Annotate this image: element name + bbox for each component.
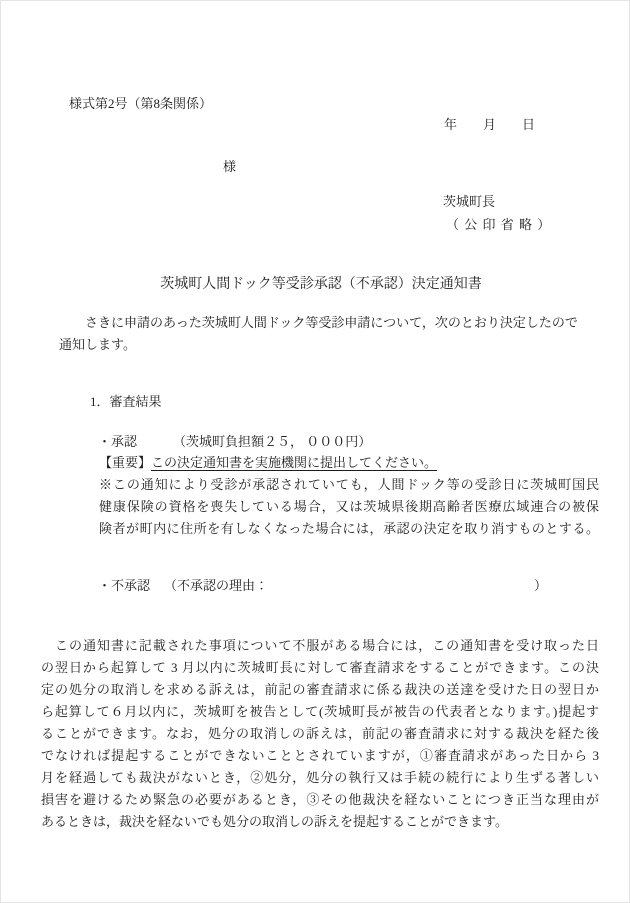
disapproval-reason-label: （不承認の理由： — [164, 578, 268, 593]
appeal-notice-paragraph: この通知書に記載された事項について不服がある場合には，この通知書を受け取った日 … — [41, 635, 599, 833]
intro-paragraph-line-2: 通知します。 — [59, 335, 136, 355]
approval-result-line: ・承認（茨城町負担額２５， ０００円） — [98, 432, 371, 452]
appeal-notice-line: の翌日から起算して 3 月以内に茨城町長に対して審査請求をすることができます。こ… — [41, 657, 599, 679]
appeal-notice-line: ることができます。なお，処分の取消しの訴えは，前記の審査請求に対する裁決を経た後 — [41, 723, 599, 745]
form-number: 様式第2号（第8条関係） — [69, 94, 212, 114]
addressee-honorific: 様 — [223, 157, 236, 177]
appeal-notice-line: あるときは，裁決を経ないでも処分の取消しの訴えを提起することができます。 — [41, 811, 599, 833]
document-page: 様式第2号（第8条関係） 年 月 日 様 茨城町長 （ 公 印 省 略 ） 茨城… — [0, 0, 630, 903]
document-title: 茨城町人間ドック等受診承認（不承認）決定通知書 — [41, 275, 601, 295]
intro-paragraph-line-1: さきに申請のあった茨城町人間ドック等受診申請について，次のとおり決定したので — [59, 313, 578, 333]
approval-bullet-label: ・承認 — [98, 434, 137, 449]
sender-name: 茨城町長 — [443, 192, 495, 212]
seal-omitted-note: （ 公 印 省 略 ） — [446, 215, 551, 235]
appeal-notice-line: でなければ提起することができないこととされていますが，①審査請求があった日から … — [41, 745, 599, 767]
disapproval-result-line: ・不承認（不承認の理由： ） — [98, 576, 547, 596]
appeal-notice-line: 定の処分の取消しを求める訴えは，前記の審査請求に係る裁決の送達を受けた日の翌日か — [41, 679, 599, 701]
important-underlined-text: この決定通知書を実施機関に提出してください。 — [151, 455, 437, 470]
approval-amount-note: （茨城町負担額２５， ０００円） — [173, 434, 371, 449]
approval-note-block: ※この通知により受診が承認されていても，人間ドック等の受診日に茨城町国民 健康保… — [99, 474, 599, 540]
appeal-notice-line: この通知書に記載された事項について不服がある場合には，この通知書を受け取った日 — [41, 635, 599, 657]
important-label: 【重要】 — [99, 455, 151, 470]
disapproval-bullet-label: ・不承認 — [98, 578, 150, 593]
approval-note-line: 健康保険の資格を喪失している場合，又は茨城県後期高齢者医療広域連合の被保 — [99, 496, 599, 518]
date-line: 年 月 日 — [444, 115, 535, 135]
appeal-notice-line: 損害を避けるため緊急の必要があるとき，③その他裁決を経ないことにつき正当な理由が — [41, 789, 599, 811]
appeal-notice-line: 月を経過しても裁決がないとき，②処分，処分の執行又は手続の続行により生ずる著しい — [41, 767, 599, 789]
section-heading-review-result: 1．審査結果 — [90, 392, 162, 412]
disapproval-close-paren: ） — [534, 576, 547, 596]
important-instruction-line: 【重要】この決定通知書を実施機関に提出してください。 — [99, 453, 437, 473]
appeal-notice-line: ら起算して６月以内に，茨城町を被告として(茨城町長が被告の代表者となります。)提… — [41, 701, 599, 723]
approval-note-line: 険者が町内に住所を有しなくなった場合には，承認の決定を取り消すものとする。 — [99, 518, 599, 540]
approval-note-line: ※この通知により受診が承認されていても，人間ドック等の受診日に茨城町国民 — [99, 474, 599, 496]
